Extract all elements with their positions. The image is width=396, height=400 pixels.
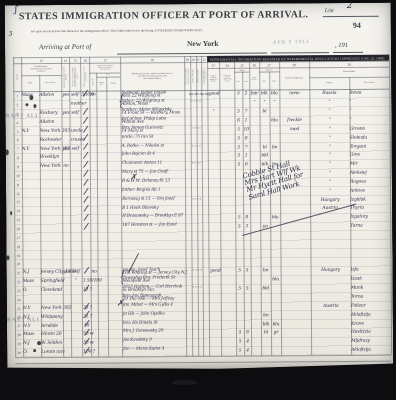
col-header-label: Inches. bbox=[243, 80, 249, 82]
col-header-label: Com- plexion. bbox=[250, 77, 259, 81]
col-header-label: Condition of Health, Mental and Physical… bbox=[208, 75, 218, 82]
col-header-label: Eyes. bbox=[269, 80, 279, 82]
cell-by: mother bbox=[71, 101, 79, 106]
cell-tn: Folizor bbox=[351, 302, 392, 308]
cell-answers: " " " " bbox=[189, 100, 203, 104]
cell-cy: " bbox=[315, 170, 345, 175]
col-header-label: Whether ever in prison or almshouse or i… bbox=[185, 67, 189, 84]
row-number: 29 bbox=[15, 341, 22, 346]
col-header-label: Country. bbox=[307, 82, 352, 85]
cell-friend: uncle: 75 Inn St bbox=[122, 135, 187, 139]
cell-tn: Antovo bbox=[350, 187, 391, 193]
cell-f: 5 bbox=[236, 215, 242, 220]
cell-h: good bbox=[209, 91, 218, 96]
cell-ey: blu bbox=[271, 91, 279, 96]
cell-i: 8 bbox=[244, 215, 249, 220]
cell-cy: " bbox=[315, 152, 345, 157]
row-number: 3 bbox=[14, 111, 21, 116]
col-header-state: State. bbox=[21, 75, 39, 91]
col-number: 24 bbox=[222, 63, 231, 67]
col-header-citytown: City or Town. bbox=[349, 77, 389, 89]
cell-t: yes bbox=[62, 110, 68, 115]
cell-ct: Springfield bbox=[41, 278, 68, 283]
col-header-cash: Whether in possession of $50, and if les… bbox=[80, 63, 89, 91]
cell-i: 10 bbox=[243, 126, 248, 131]
cell-f: 5 bbox=[236, 153, 242, 158]
col-header-hair: Hair. bbox=[259, 73, 269, 90]
cell-hr: bld bbox=[262, 286, 270, 291]
col-number: 29 bbox=[345, 62, 354, 66]
cell-hr: blk bbox=[262, 321, 270, 326]
row-number: 14 bbox=[15, 209, 22, 214]
cell-cp: " bbox=[251, 100, 259, 105]
cell-answers: " " " " bbox=[190, 286, 204, 290]
cell-by: uncle bbox=[71, 128, 79, 133]
scan-smudge bbox=[172, 380, 198, 385]
row-number: 24 bbox=[15, 297, 22, 302]
cell-h: good bbox=[210, 268, 219, 273]
cell-ey: blu bbox=[272, 277, 280, 282]
col-header-deformed: Deformed or Crippled. Nature, length of … bbox=[219, 68, 234, 90]
cell-f: 5 bbox=[237, 330, 243, 335]
row-number: 16 bbox=[15, 226, 22, 231]
cell-i: 7 bbox=[243, 109, 248, 114]
cell-by: self bbox=[72, 269, 80, 274]
cell-t: yes bbox=[63, 145, 69, 150]
cell-hr: blk bbox=[261, 162, 269, 167]
cell-hr: yo bbox=[262, 224, 270, 229]
manifest-page: ʃ STATES IMMIGRATION OFFICER AT PORT OF … bbox=[5, 3, 394, 372]
cell-hr: bl bbox=[261, 144, 269, 149]
cell-f: 5 bbox=[237, 286, 243, 291]
cell-t: no bbox=[63, 163, 69, 168]
cell-cy: Hungary bbox=[316, 267, 346, 272]
row-number: 11 bbox=[14, 182, 21, 187]
col-number: 22 bbox=[200, 57, 209, 61]
col-header-label: Whether coming by reason of any offer, s… bbox=[202, 67, 207, 84]
cell-cy: Russia bbox=[314, 90, 344, 95]
cell-friend: 2613 Harlem — Carl Herchak w. Brooklyn S… bbox=[123, 285, 188, 292]
col-header-label: Whether an Anarchist. bbox=[198, 64, 200, 88]
row-number: 2 bbox=[14, 103, 21, 108]
row-number: 25 bbox=[15, 306, 22, 311]
cell-tn: Krane bbox=[351, 320, 392, 326]
cell-cy: " bbox=[315, 126, 345, 131]
col-number: 25 bbox=[237, 63, 246, 67]
row-number: 21 bbox=[15, 271, 22, 276]
col-header-label: City or Town. bbox=[38, 82, 63, 84]
cell-tn: Tarna bbox=[350, 223, 391, 229]
row-number: 17 bbox=[15, 235, 22, 240]
col-header-ticket: Whether having a ticket to such final de… bbox=[61, 63, 69, 91]
col-header-label: Marks of Identification. bbox=[278, 77, 310, 79]
cell-cy: " bbox=[315, 179, 345, 184]
col-header-label: Whether going to join a relative or frie… bbox=[116, 73, 188, 80]
row-number: 30 bbox=[16, 350, 23, 355]
cell-ey: blu bbox=[272, 321, 280, 326]
cell-friend: father: 22 Wilghing st Allston, Mass bbox=[121, 99, 186, 106]
col-header-label: Yes or No. bbox=[92, 73, 94, 91]
cell-by: self bbox=[71, 110, 79, 115]
cell-cy: " bbox=[315, 135, 345, 140]
cell-tn: Rovia bbox=[349, 90, 390, 96]
col-header-complexion: Com- plexion. bbox=[249, 68, 259, 90]
row-number: 8 bbox=[14, 156, 21, 161]
cell-by: self bbox=[71, 92, 79, 97]
cell-friend: A. Rotko — Nikolai st bbox=[122, 144, 187, 148]
cell-h: " bbox=[209, 109, 218, 114]
cell-cy: " bbox=[315, 161, 345, 166]
cell-cy: Hungary bbox=[315, 197, 345, 202]
col-header-country: Country. bbox=[309, 77, 349, 89]
cell-i: 8 bbox=[245, 330, 250, 335]
col-header-dest: Final Destination. (Intended future perm… bbox=[21, 63, 61, 75]
cell-tn: Izgatory bbox=[350, 214, 391, 220]
cell-f: 5 bbox=[236, 144, 242, 149]
cell-friend: Bernsvig st 11 — bro Josef bbox=[122, 197, 187, 201]
row-number: 22 bbox=[15, 280, 22, 285]
cell-friend: father: Begins Ab 1 bbox=[122, 188, 187, 192]
cell-cy: " bbox=[315, 143, 345, 148]
cell-hr: " bbox=[261, 100, 269, 105]
cell-ct: Brooklyn bbox=[40, 154, 67, 159]
cell-ct: W. Seldon bbox=[41, 340, 68, 345]
cell-tn: Grev bbox=[350, 152, 391, 158]
cell-tn: Aklafizija bbox=[351, 311, 392, 317]
cell-f: 5 bbox=[235, 109, 241, 114]
cell-friend: Jan — Marie Kodet 4 bbox=[123, 347, 188, 351]
cell-tn: " bbox=[349, 108, 390, 114]
col-header-eyes: Eyes. bbox=[269, 72, 279, 89]
cell-tn: Torna bbox=[351, 294, 392, 300]
cell-i: 1 bbox=[243, 118, 248, 123]
cell-by: " bbox=[72, 278, 80, 283]
cell-ct: Whippany bbox=[41, 314, 68, 319]
row-number: 19 bbox=[15, 253, 22, 258]
col-number: 27 bbox=[265, 62, 274, 66]
manifest-table: SUPPLEMENTAL INFORMATION REQUIRED BY DEP… bbox=[5, 3, 394, 372]
cell-cy: Austria bbox=[315, 205, 345, 210]
row-number: 7 bbox=[14, 147, 21, 152]
cell-f: 5 bbox=[237, 339, 243, 344]
col-header-label: Whether having a ticket to such final de… bbox=[63, 65, 67, 89]
cell-by: cousin bbox=[71, 136, 79, 141]
col-header-before: Whether ever before in the United States… bbox=[89, 63, 120, 73]
cell-tn: Aklofizija bbox=[351, 347, 392, 353]
row-number: 10 bbox=[14, 173, 21, 178]
cell-tn: " bbox=[349, 99, 390, 105]
row-number: 23 bbox=[15, 288, 22, 293]
row-number: 6 bbox=[14, 138, 21, 143]
cell-ey: blu bbox=[271, 117, 279, 122]
cell-ct: Lorain (av) bbox=[41, 349, 68, 354]
col-number: 16 bbox=[80, 58, 89, 62]
cell-hr: bn bbox=[262, 312, 270, 317]
cell-i: 3 bbox=[244, 224, 249, 229]
col-header-label: Whether in possession of $50, and if les… bbox=[83, 66, 86, 88]
cell-mk: med bbox=[283, 126, 306, 131]
cell-friend: bro: Jan Tomayczyk 29 The Mill — Mrs Jef… bbox=[123, 294, 188, 301]
col-header-label: Deformed or Crippled. Nature, length of … bbox=[221, 75, 233, 83]
cell-ey: " bbox=[271, 100, 279, 105]
col-number: 28 bbox=[290, 62, 299, 66]
cell-i: 7 bbox=[244, 144, 249, 149]
cell-tn: Munk bbox=[351, 285, 392, 291]
cell-by: self bbox=[71, 145, 79, 150]
row-number: 27 bbox=[15, 324, 22, 329]
cell-tn: Thyria bbox=[350, 205, 391, 211]
col-number: 18 bbox=[148, 57, 157, 61]
cell-f: 5 bbox=[236, 162, 242, 167]
cell-friend: brother: Meier Wilgodski 14 Front St — R… bbox=[121, 108, 186, 115]
cell-ey: bn bbox=[271, 144, 279, 149]
col-header-label: Final Destination. (Intended future perm… bbox=[20, 66, 63, 73]
cell-friend: Ref of bro: Philip Lobo Walnut Ave bbox=[122, 117, 187, 124]
cell-f: 5 bbox=[237, 268, 243, 273]
cell-tn: Mijdrazy bbox=[351, 338, 392, 344]
col-header-label: Height. bbox=[234, 69, 249, 71]
cell-cy: " bbox=[314, 99, 344, 104]
supplemental-banner-text: SUPPLEMENTAL INFORMATION REQUIRED BY DEP… bbox=[210, 56, 386, 61]
cell-cy: Austria bbox=[316, 303, 346, 308]
cell-friend: husband: Rabet Janish John 22 Wilghing s… bbox=[121, 91, 186, 98]
cell-f: 5 bbox=[235, 91, 241, 96]
col-header-label: Color of— bbox=[259, 69, 279, 71]
cell-ct: New York 303 bbox=[40, 128, 67, 133]
cell-ey: blu bbox=[271, 215, 279, 220]
col-header-birth: Place of Birth. bbox=[309, 67, 389, 78]
cell-friend: B 1 Hinik Bilovsky bbox=[122, 206, 187, 210]
cell-f: 5 bbox=[237, 348, 243, 353]
cell-friend: cousin: Josef Tasch 103 Whiting st — Jer… bbox=[123, 268, 188, 275]
cell-answers: " " " " bbox=[190, 198, 204, 202]
col-number: 14 bbox=[61, 58, 70, 62]
row-number: 13 bbox=[14, 200, 21, 205]
cell-cy: " bbox=[314, 108, 344, 113]
cell-ey: gr bbox=[272, 330, 280, 335]
cell-tn: Aleksiej bbox=[350, 170, 391, 176]
col-header-friend: Whether going to join a relative or frie… bbox=[120, 62, 184, 90]
col-header-city: City or Town. bbox=[39, 75, 61, 91]
col-header-label: Hair. bbox=[259, 80, 269, 82]
cell-answers: " " " " bbox=[190, 269, 204, 273]
cell-friend: Ja Hb — John Opalka bbox=[123, 312, 188, 316]
col-header-label: Feet. bbox=[235, 80, 242, 82]
cell-f: 6 bbox=[236, 118, 242, 123]
cell-answers: " " " " bbox=[189, 127, 203, 131]
cell-ct: Arndale bbox=[41, 322, 68, 327]
col-header-label: Where? bbox=[106, 83, 120, 85]
cell-tn: Sloboda bbox=[350, 134, 391, 140]
col-header-label: City or Town. bbox=[347, 82, 392, 85]
cell-hr: bld bbox=[261, 153, 269, 158]
cell-i: 8 bbox=[244, 135, 249, 140]
cell-mk: none bbox=[283, 91, 306, 96]
cell-ey: bn bbox=[271, 162, 279, 167]
cell-answers: " " " " bbox=[189, 145, 203, 149]
cell-cp: fair bbox=[251, 91, 259, 96]
cell-tn: Torgani bbox=[350, 143, 391, 149]
cell-tn: Grosno bbox=[350, 125, 391, 131]
col-header-label: Whether a Polygamist. bbox=[192, 64, 194, 88]
row-number: 20 bbox=[15, 262, 22, 267]
row-number: 9 bbox=[14, 164, 21, 169]
cell-tn: Hastizzia bbox=[351, 329, 392, 335]
cell-cy: " bbox=[315, 117, 345, 122]
cell-t: yes bbox=[64, 269, 70, 274]
row-number: 4 bbox=[14, 120, 21, 125]
cell-friend: Bro: Simon Gurewitz 14 Mary st bbox=[122, 126, 187, 133]
cell-i: 4 bbox=[245, 348, 250, 353]
cell-hr: bn bbox=[262, 268, 270, 273]
cell-t: yes bbox=[62, 92, 68, 97]
cell-ct: Cleveland bbox=[41, 287, 68, 292]
cell-friend: Jos. Mihal — Mrs Gyllis 4 bbox=[123, 303, 188, 307]
cell-tn: Izfa bbox=[351, 267, 392, 273]
col-header-label: If Yes— bbox=[98, 74, 118, 76]
row-number: 28 bbox=[15, 333, 22, 338]
cell-tn: Mir bbox=[350, 161, 391, 167]
cell-friend: bro: Hs Hmida St bbox=[123, 321, 188, 325]
col-header-label: Place of Birth. bbox=[302, 70, 396, 73]
cell-hr: bl bbox=[262, 330, 270, 335]
cell-ct: Rochester bbox=[40, 137, 67, 142]
col-header-by: By whom was passage paid? (Whether alien… bbox=[69, 63, 80, 91]
row-number: 5 bbox=[14, 129, 21, 134]
cell-i: 2 bbox=[243, 91, 248, 96]
cell-cy: " bbox=[315, 188, 345, 193]
cell-f: 5 bbox=[236, 224, 242, 229]
cell-ct: Hiram 20 bbox=[41, 331, 68, 336]
col-header-feet: Feet. bbox=[234, 73, 242, 90]
cell-ct: New York 302 bbox=[41, 305, 68, 310]
cell-tn: Izsak bbox=[351, 276, 392, 282]
col-number: 17 bbox=[100, 58, 109, 62]
cell-friend: H Brosowsky — Brooklyn E 87 bbox=[122, 214, 187, 218]
col-header-health: Condition of Health, Mental and Physical… bbox=[207, 68, 219, 90]
scanned-manifest-viewport: ʃ STATES IMMIGRATION OFFICER AT PORT OF … bbox=[0, 0, 396, 400]
row-number: 12 bbox=[14, 191, 21, 196]
cell-ct: Allston bbox=[40, 119, 67, 124]
cell-i: 6 bbox=[244, 162, 249, 167]
row-number: 15 bbox=[15, 218, 22, 223]
cell-answers: " " " " bbox=[189, 162, 203, 166]
cell-i: 5 bbox=[245, 286, 250, 291]
row-number: 26 bbox=[15, 315, 22, 320]
cell-tn: " bbox=[350, 117, 391, 123]
grid-line bbox=[15, 361, 391, 365]
cell-f: 5 bbox=[236, 135, 242, 140]
row-number: 1 bbox=[14, 94, 21, 99]
cell-i: 4 bbox=[245, 339, 250, 344]
supplemental-banner: SUPPLEMENTAL INFORMATION REQUIRED BY DEP… bbox=[207, 55, 389, 62]
cell-bf: no bbox=[91, 269, 96, 274]
cell-tn: Izglihik bbox=[350, 196, 391, 202]
col-header-label: Whether ever before in the United States… bbox=[92, 65, 118, 70]
col-number: 26 bbox=[250, 62, 259, 66]
cell-bf: no bbox=[90, 92, 95, 97]
cell-friend: B & H M. Delaney St 13 bbox=[122, 179, 187, 183]
col-number: 15 bbox=[70, 58, 79, 62]
cell-mk: freckle bbox=[283, 117, 306, 122]
cell-i: 5 bbox=[244, 268, 249, 273]
col-header-label: By whom was passage paid? (Whether alien… bbox=[72, 67, 78, 87]
col-number: 23 bbox=[209, 63, 218, 67]
row-number: 18 bbox=[15, 244, 22, 249]
cell-answers: no no no no bbox=[189, 92, 203, 96]
cell-hr: blk bbox=[261, 91, 269, 96]
col-header-label: No. on List. bbox=[14, 74, 21, 80]
col-number: 13 bbox=[37, 58, 46, 62]
cell-friend: Township Bro: Frederik St Meinfield Ave bbox=[123, 276, 188, 283]
cell-friend: Mary st 75 — Jan Groff bbox=[122, 170, 187, 174]
cell-tn: Rogova bbox=[350, 179, 391, 185]
col-header-period: Period of Years. bbox=[96, 77, 106, 91]
cell-cs: 3 50/100 bbox=[83, 278, 90, 283]
cell-i: 1 bbox=[244, 153, 249, 158]
cell-hr: bl bbox=[261, 109, 269, 114]
cell-f: 5 bbox=[236, 126, 242, 131]
col-header-label: Period of Years. bbox=[97, 82, 105, 86]
